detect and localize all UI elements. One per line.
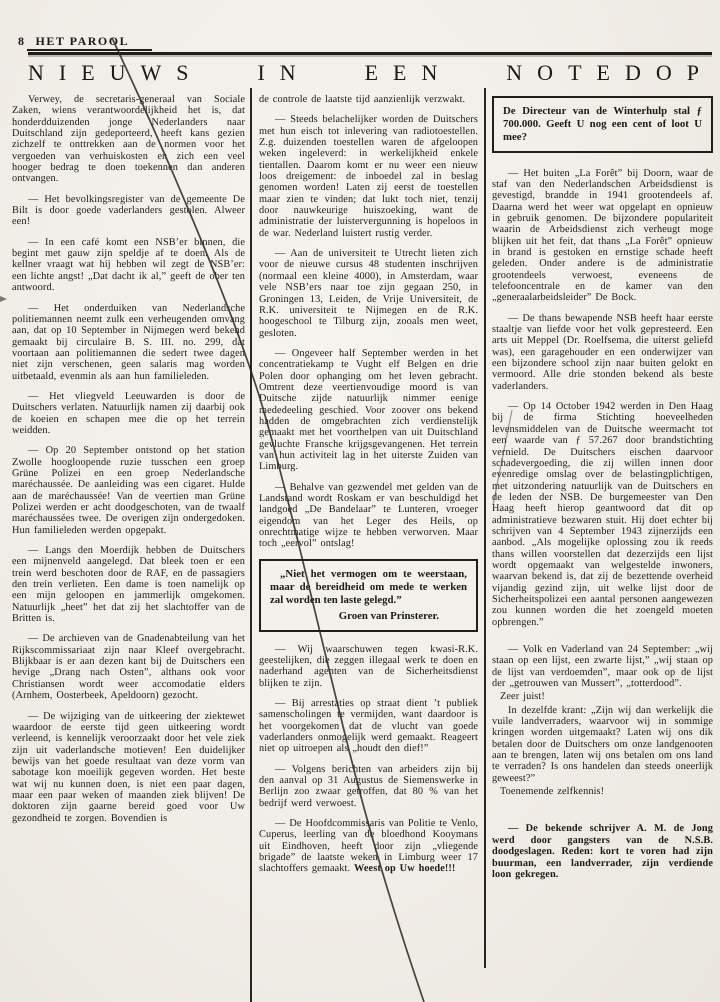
news-item: — Behalve van gezwendel met gelden van d… bbox=[259, 482, 478, 550]
masthead: 8HET PAROOL bbox=[18, 34, 129, 49]
news-item: — De bekende schrijver A. M. de Jong wer… bbox=[492, 823, 713, 880]
news-item: — Aan de universiteit te Utrecht lieten … bbox=[259, 248, 478, 339]
alert-box: De Directeur van de Winterhulp stal ƒ 70… bbox=[492, 96, 713, 153]
news-item: — Langs den Moerdijk hebben de Duitscher… bbox=[12, 545, 245, 624]
news-item: — Ongeveer half September werden in het … bbox=[259, 348, 478, 473]
news-item: — Wij waarschuwen tegen kwasi-R.K. geest… bbox=[259, 644, 478, 689]
news-item: — Bij arrestaties op straat dient ’t pub… bbox=[259, 698, 478, 755]
news-column-middle: de controle de laatste tijd aanzienlijk … bbox=[259, 94, 478, 884]
headline-word: NOTEDOP bbox=[506, 60, 714, 86]
news-item: — Het buiten „La Forêt” bij Doorn, waar … bbox=[492, 168, 713, 304]
news-item: — Steeds belachelijker worden de Duitsch… bbox=[259, 114, 478, 239]
warning-text: Weest op Uw hoede!!! bbox=[354, 863, 455, 874]
news-item: — Het vliegveld Leeuwarden is door de Du… bbox=[12, 391, 245, 436]
header-rule bbox=[28, 52, 712, 55]
news-item: — Volgens berichten van arbeiders zijn b… bbox=[259, 764, 478, 809]
news-item: — De wijziging van de uitkeering der zie… bbox=[12, 711, 245, 824]
news-item: — Op 14 October 1942 werden in Den Haag … bbox=[492, 401, 713, 628]
masthead-title: HET PAROOL bbox=[36, 34, 130, 48]
column-rule-left bbox=[250, 88, 252, 1002]
headline-word: NIEUWS bbox=[28, 60, 204, 86]
masthead-underline-rule bbox=[27, 49, 152, 51]
page-number: 8 bbox=[18, 34, 26, 48]
newspaper-page: 8HET PAROOL NIEUWS IN EEN NOTEDOP Verwey… bbox=[0, 0, 720, 1002]
quote-box: „Niet het vermogen om te weerstaan, maar… bbox=[259, 559, 478, 632]
news-item-comment: Zeer juist! bbox=[492, 691, 713, 702]
quote-text: „Niet het vermogen om te weerstaan, maar… bbox=[270, 568, 467, 608]
news-item: — Volk en Vaderland van 24 September: „w… bbox=[492, 644, 713, 689]
news-item: — De Hoofdcommissaris van Politie te Ven… bbox=[259, 818, 478, 875]
quote-attribution: Groen van Prinsterer. bbox=[270, 610, 467, 623]
news-item: — Het onderduiken van Nederlandsche poli… bbox=[12, 303, 245, 382]
news-item: — De archieven van de Gnadenabteilung va… bbox=[12, 633, 245, 701]
news-item: Verwey, de secretaris-generaal van Socia… bbox=[12, 94, 245, 185]
news-item: — In een café komt een NSB’er binnen, di… bbox=[12, 237, 245, 294]
news-item: — De thans bewapende NSB heeft haar eers… bbox=[492, 313, 713, 392]
news-item-continuation: de controle de laatste tijd aanzienlijk … bbox=[259, 94, 478, 105]
column-rule-right bbox=[484, 88, 486, 968]
news-item: — Op 20 September ontstond op het statio… bbox=[12, 445, 245, 536]
edge-smudge bbox=[0, 296, 7, 302]
headline-word: EEN bbox=[365, 60, 453, 86]
news-item: In dezelfde krant: „Zijn wij dan werkeli… bbox=[492, 705, 713, 784]
news-column-left: Verwey, de secretaris-generaal van Socia… bbox=[12, 94, 245, 833]
news-item: — Het bevolkingsregister van de gemeente… bbox=[12, 194, 245, 228]
headline-word: IN bbox=[257, 60, 310, 86]
alert-text: De Directeur van de Winterhulp stal ƒ 70… bbox=[503, 105, 702, 145]
page-headline: NIEUWS IN EEN NOTEDOP bbox=[28, 60, 714, 86]
news-item-comment: Toenemende zelfkennis! bbox=[492, 786, 713, 797]
news-column-right: De Directeur van de Winterhulp stal ƒ 70… bbox=[492, 94, 713, 889]
